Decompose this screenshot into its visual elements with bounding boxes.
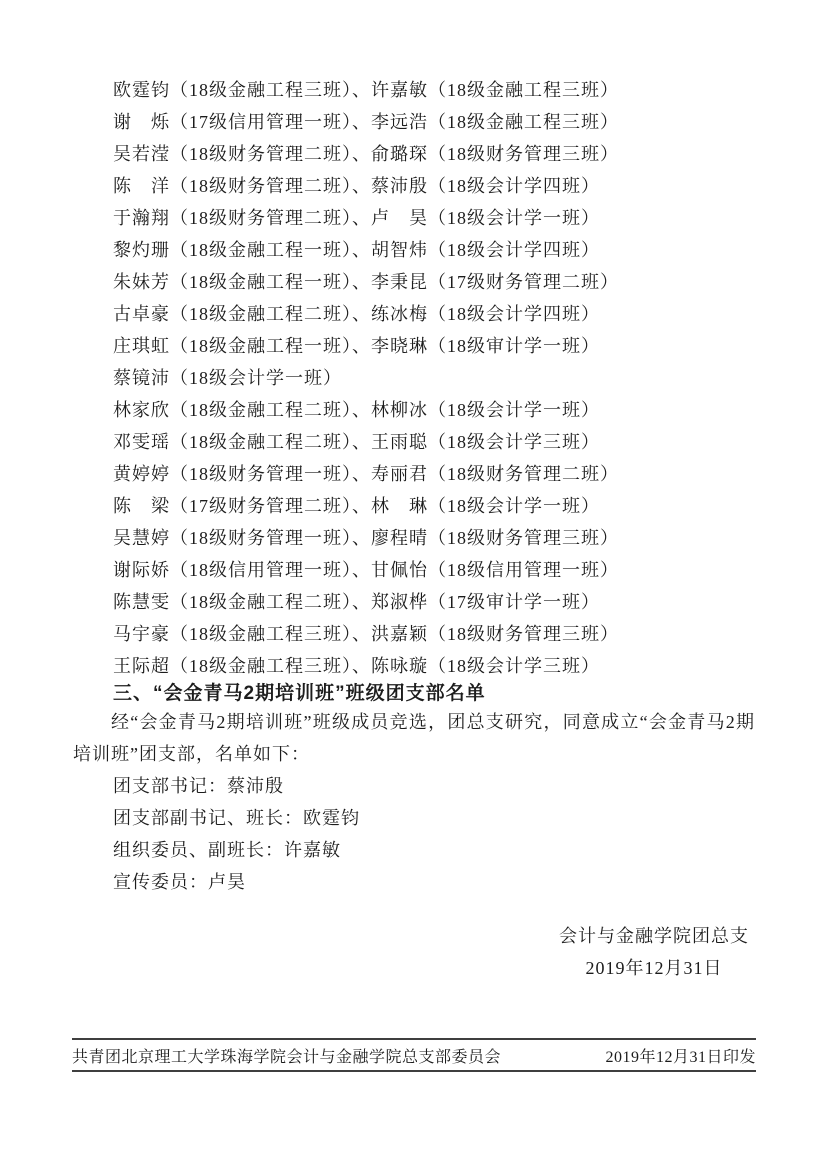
intro-paragraph: 经“会金青马2期培训班”班级成员竞选，团总支研究，同意成立“会金青马2期培训班”… xyxy=(73,706,755,770)
roster-line: 王际超（18级金融工程三班）、陈咏璇（18级会计学三班） xyxy=(73,650,755,682)
signature-organization: 会计与金融学院团总支 xyxy=(559,920,749,952)
roster-line: 陈 洋（18级财务管理二班）、蔡沛殷（18级会计学四班） xyxy=(73,170,755,202)
roster-line: 黄婷婷（18级财务管理一班）、寿丽君（18级财务管理二班） xyxy=(73,458,755,490)
signature-block: 会计与金融学院团总支 2019年12月31日 xyxy=(559,920,749,984)
committee-line-publicity: 宣传委员：卢昊 xyxy=(73,866,755,898)
roster-line: 朱妹芳（18级金融工程一班）、李秉昆（17级财务管理二班） xyxy=(73,266,755,298)
committee-line-secretary: 团支部书记：蔡沛殷 xyxy=(73,770,755,802)
roster-line: 谢际娇（18级信用管理一班）、甘佩怡（18级信用管理一班） xyxy=(73,554,755,586)
footer-issue-date: 2019年12月31日印发 xyxy=(605,1044,756,1067)
roster-line: 陈慧雯（18级金融工程二班）、郑淑桦（17级审计学一班） xyxy=(73,586,755,618)
footer-issuer: 共青团北京理工大学珠海学院会计与金融学院总支部委员会 xyxy=(72,1044,501,1067)
roster-line: 吴慧婷（18级财务管理一班）、廖程晴（18级财务管理三班） xyxy=(73,522,755,554)
roster-line: 于瀚翔（18级财务管理二班）、卢 昊（18级会计学一班） xyxy=(73,202,755,234)
roster-line: 黎灼珊（18级金融工程一班）、胡智炜（18级会计学四班） xyxy=(73,234,755,266)
roster-line: 陈 梁（17级财务管理二班）、林 琳（18级会计学一班） xyxy=(73,490,755,522)
roster-line: 古卓豪（18级金融工程二班）、练冰梅（18级会计学四班） xyxy=(73,298,755,330)
committee-line-deputy-secretary: 团支部副书记、班长：欧霆钧 xyxy=(73,802,755,834)
footer: 共青团北京理工大学珠海学院会计与金融学院总支部委员会 2019年12月31日印发 xyxy=(72,1038,756,1072)
roster-line: 欧霆钧（18级金融工程三班）、许嘉敏（18级金融工程三班） xyxy=(73,74,755,106)
roster-line: 庄琪虹（18级金融工程一班）、李晓琳（18级审计学一班） xyxy=(73,330,755,362)
document-body: 欧霆钧（18级金融工程三班）、许嘉敏（18级金融工程三班） 谢 烁（17级信用管… xyxy=(0,0,827,1169)
document-page: 欧霆钧（18级金融工程三班）、许嘉敏（18级金融工程三班） 谢 烁（17级信用管… xyxy=(0,0,827,1169)
roster-line: 马宇豪（18级金融工程三班）、洪嘉颖（18级财务管理三班） xyxy=(73,618,755,650)
roster-line: 林家欣（18级金融工程二班）、林柳冰（18级会计学一班） xyxy=(73,394,755,426)
roster-line: 蔡镜沛（18级会计学一班） xyxy=(73,362,755,394)
section-heading: 三、“会金青马2期培训班”班级团支部名单 xyxy=(73,682,755,706)
committee-list: 团支部书记：蔡沛殷 团支部副书记、班长：欧霆钧 组织委员、副班长：许嘉敏 宣传委… xyxy=(73,770,755,898)
roster-line: 吴若滢（18级财务管理二班）、俞璐琛（18级财务管理三班） xyxy=(73,138,755,170)
committee-line-organization: 组织委员、副班长：许嘉敏 xyxy=(73,834,755,866)
roster-section: 欧霆钧（18级金融工程三班）、许嘉敏（18级金融工程三班） 谢 烁（17级信用管… xyxy=(73,74,755,682)
roster-line: 谢 烁（17级信用管理一班）、李远浩（18级金融工程三班） xyxy=(73,106,755,138)
roster-line: 邓雯瑶（18级金融工程二班）、王雨聪（18级会计学三班） xyxy=(73,426,755,458)
signature-date: 2019年12月31日 xyxy=(559,952,749,984)
